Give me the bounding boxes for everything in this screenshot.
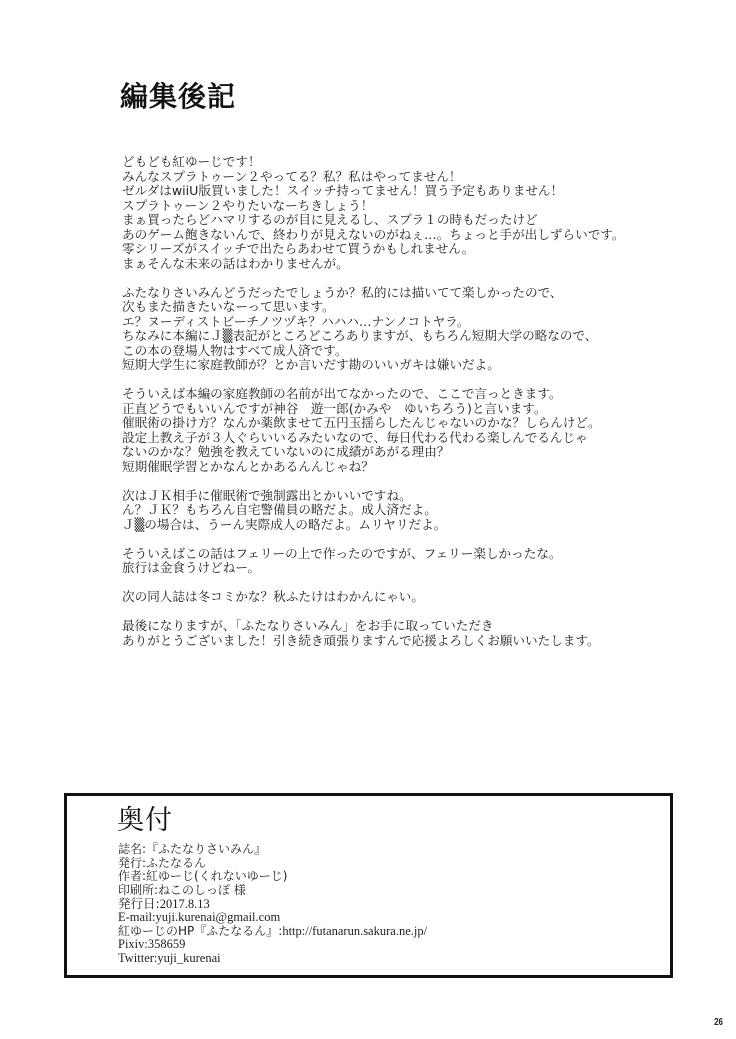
- colophon-entry-homepage: 紅ゆーじのHP『ふたなるん』:http://futanarun.sakura.n…: [118, 925, 427, 939]
- afterword-title: 編集後記: [120, 80, 236, 114]
- text-line: ありがとうございました！引き続き頑張りますんで応援よろしくお願いいたします。: [122, 634, 682, 649]
- entry-value: 『ふたなりさいみん』: [146, 842, 266, 856]
- colophon-entry-author: 作者:紅ゆーじ(くれないゆーじ): [118, 870, 427, 884]
- paragraph-thanks: 最後になりますが、「ふたなりさいみん」をお手に取っていただき ありがとうございま…: [122, 619, 682, 648]
- text-line: ちなみに本編にＪ▒表記がところどころありますが、もちろん短期大学の略なので、: [122, 329, 682, 344]
- entry-value: ふたなるん: [146, 856, 206, 870]
- text-line: 短期大学生に家庭教師が？とか言いだす勘のいいガキは嫌いだよ。: [122, 358, 682, 373]
- entry-label: Twitter:: [118, 951, 157, 965]
- text-line: まぁそんな未来の話はわかりませんが。: [122, 257, 682, 272]
- text-line: 正直どうでもいいんですが神谷 遊一郎(かみや ゆいちろう)と言います。: [122, 402, 682, 417]
- text-line: まぁ買ったらどハマリするのが目に見えるし、スプラ１の時もだったけど: [122, 213, 682, 228]
- text-line: そういえば本編の家庭教師の名前が出てなかったので、ここで言っときます。: [122, 387, 682, 402]
- paragraph-impressions: ふたなりさいみんどうだったでしょうか？私的には描いてて楽しかったので、 次もまた…: [122, 286, 682, 373]
- colophon-entry-twitter: Twitter:yuji_kurenai: [118, 952, 427, 966]
- text-line: エ？ヌーディストビーチノツヅキ？ハハハ…ナンノコトヤラ。: [122, 315, 682, 330]
- text-line: 次の同人誌は冬コミかな？秋ふたけはわかんにゃい。: [122, 590, 682, 605]
- colophon-list: 誌名:『ふたなりさいみん』 発行:ふたなるん 作者:紅ゆーじ(くれないゆーじ) …: [118, 843, 427, 965]
- entry-value: 紅ゆーじ(くれないゆーじ): [146, 869, 287, 883]
- text-line: ふたなりさいみんどうだったでしょうか？私的には描いてて楽しかったので、: [122, 286, 682, 301]
- text-line: ゼルダはwiiU版買いました！スイッチ持ってません！買う予定もありません！: [122, 184, 682, 199]
- text-line: 旅行は金食うけどねー。: [122, 561, 682, 576]
- text-line: 短期催眠学習とかなんとかあるんんじゃね？: [122, 460, 682, 475]
- text-line: 最後になりますが、「ふたなりさいみん」をお手に取っていただき: [122, 619, 682, 634]
- colophon-entry-date: 発行日:2017.8.13: [118, 897, 427, 911]
- colophon-entry-email: E-mail:yuji.kurenai@gmail.com: [118, 911, 427, 925]
- entry-label: Pixiv:: [118, 937, 148, 951]
- text-line: 設定上教え子が３人ぐらいいるみたいなので、毎日代わる代わる楽しんでるんじゃ: [122, 431, 682, 446]
- entry-label: 印刷所:: [118, 883, 158, 897]
- text-line: そういえばこの話はフェリーの上で作ったのですが、フェリー楽しかったな。: [122, 547, 682, 562]
- paragraph-tutor: そういえば本編の家庭教師の名前が出てなかったので、ここで言っときます。 正直どう…: [122, 387, 682, 474]
- text-line: Ｊ▒の場合は、うーん実際成人の略だよ。ムリヤリだよ。: [122, 518, 682, 533]
- text-line: 次はＪＫ相手に催眠術で強制露出とかいいですね。: [122, 489, 682, 504]
- entry-label: 発行:: [118, 856, 146, 870]
- entry-value: yuji_kurenai: [157, 951, 220, 965]
- email-link[interactable]: yuji.kurenai@gmail.com: [156, 910, 281, 924]
- colophon-entry-title: 誌名:『ふたなりさいみん』: [118, 843, 427, 857]
- paragraph-greeting: どもども紅ゆーじです！ みんなスプラトゥーン２やってる？私？私はやってません！ …: [122, 155, 682, 271]
- entry-label: 誌名:: [118, 842, 146, 856]
- paragraph-next-idea: 次はＪＫ相手に催眠術で強制露出とかいいですね。 ん？ＪＫ？もちろん自宅警備員の略…: [122, 489, 682, 533]
- text-line: スプラトゥーン２やりたいなーちきしょう！: [122, 199, 682, 214]
- colophon-entry-pixiv: Pixiv:358659: [118, 938, 427, 952]
- text-line: 零シリーズがスイッチで出たらあわせて買うかもしれません。: [122, 242, 682, 257]
- colophon-title: 奥付: [117, 805, 173, 837]
- entry-label: E-mail:: [118, 910, 156, 924]
- text-line: あのゲーム飽きないんで、終わりが見えないのがねぇ…。ちょっと手が出しずらいです。: [122, 228, 682, 243]
- text-line: ないのかな？勉強を教えていないのに成績があがる理由？: [122, 445, 682, 460]
- colophon-entry-printer: 印刷所:ねこのしっぽ 様: [118, 884, 427, 898]
- text-line: 次もまた描きたいなーって思います。: [122, 300, 682, 315]
- entry-value: ねこのしっぽ 様: [158, 883, 246, 897]
- text-line: 催眠術の掛け方？なんか薬飲ませて五円玉揺らしたんじゃないのかな？しらんけど。: [122, 416, 682, 431]
- text-line: ん？ＪＫ？もちろん自宅警備員の略だよ。成人済だよ。: [122, 503, 682, 518]
- paragraph-next-book: 次の同人誌は冬コミかな？秋ふたけはわかんにゃい。: [122, 590, 682, 605]
- text-line: みんなスプラトゥーン２やってる？私？私はやってません！: [122, 170, 682, 185]
- text-line: この本の登場人物はすべて成人済です。: [122, 344, 682, 359]
- entry-label: 紅ゆーじのHP『ふたなるん』:: [118, 924, 282, 938]
- paragraph-ferry: そういえばこの話はフェリーの上で作ったのですが、フェリー楽しかったな。 旅行は金…: [122, 547, 682, 576]
- page-number: 26: [714, 1017, 723, 1028]
- entry-value: 358659: [148, 937, 186, 951]
- homepage-link[interactable]: http://futanarun.sakura.ne.jp/: [282, 924, 427, 938]
- entry-label: 作者:: [118, 869, 146, 883]
- colophon-box: 奥付 誌名:『ふたなりさいみん』 発行:ふたなるん 作者:紅ゆーじ(くれないゆー…: [64, 793, 673, 978]
- text-line: どもども紅ゆーじです！: [122, 155, 682, 170]
- afterword-body: どもども紅ゆーじです！ みんなスプラトゥーン２やってる？私？私はやってません！ …: [122, 155, 682, 663]
